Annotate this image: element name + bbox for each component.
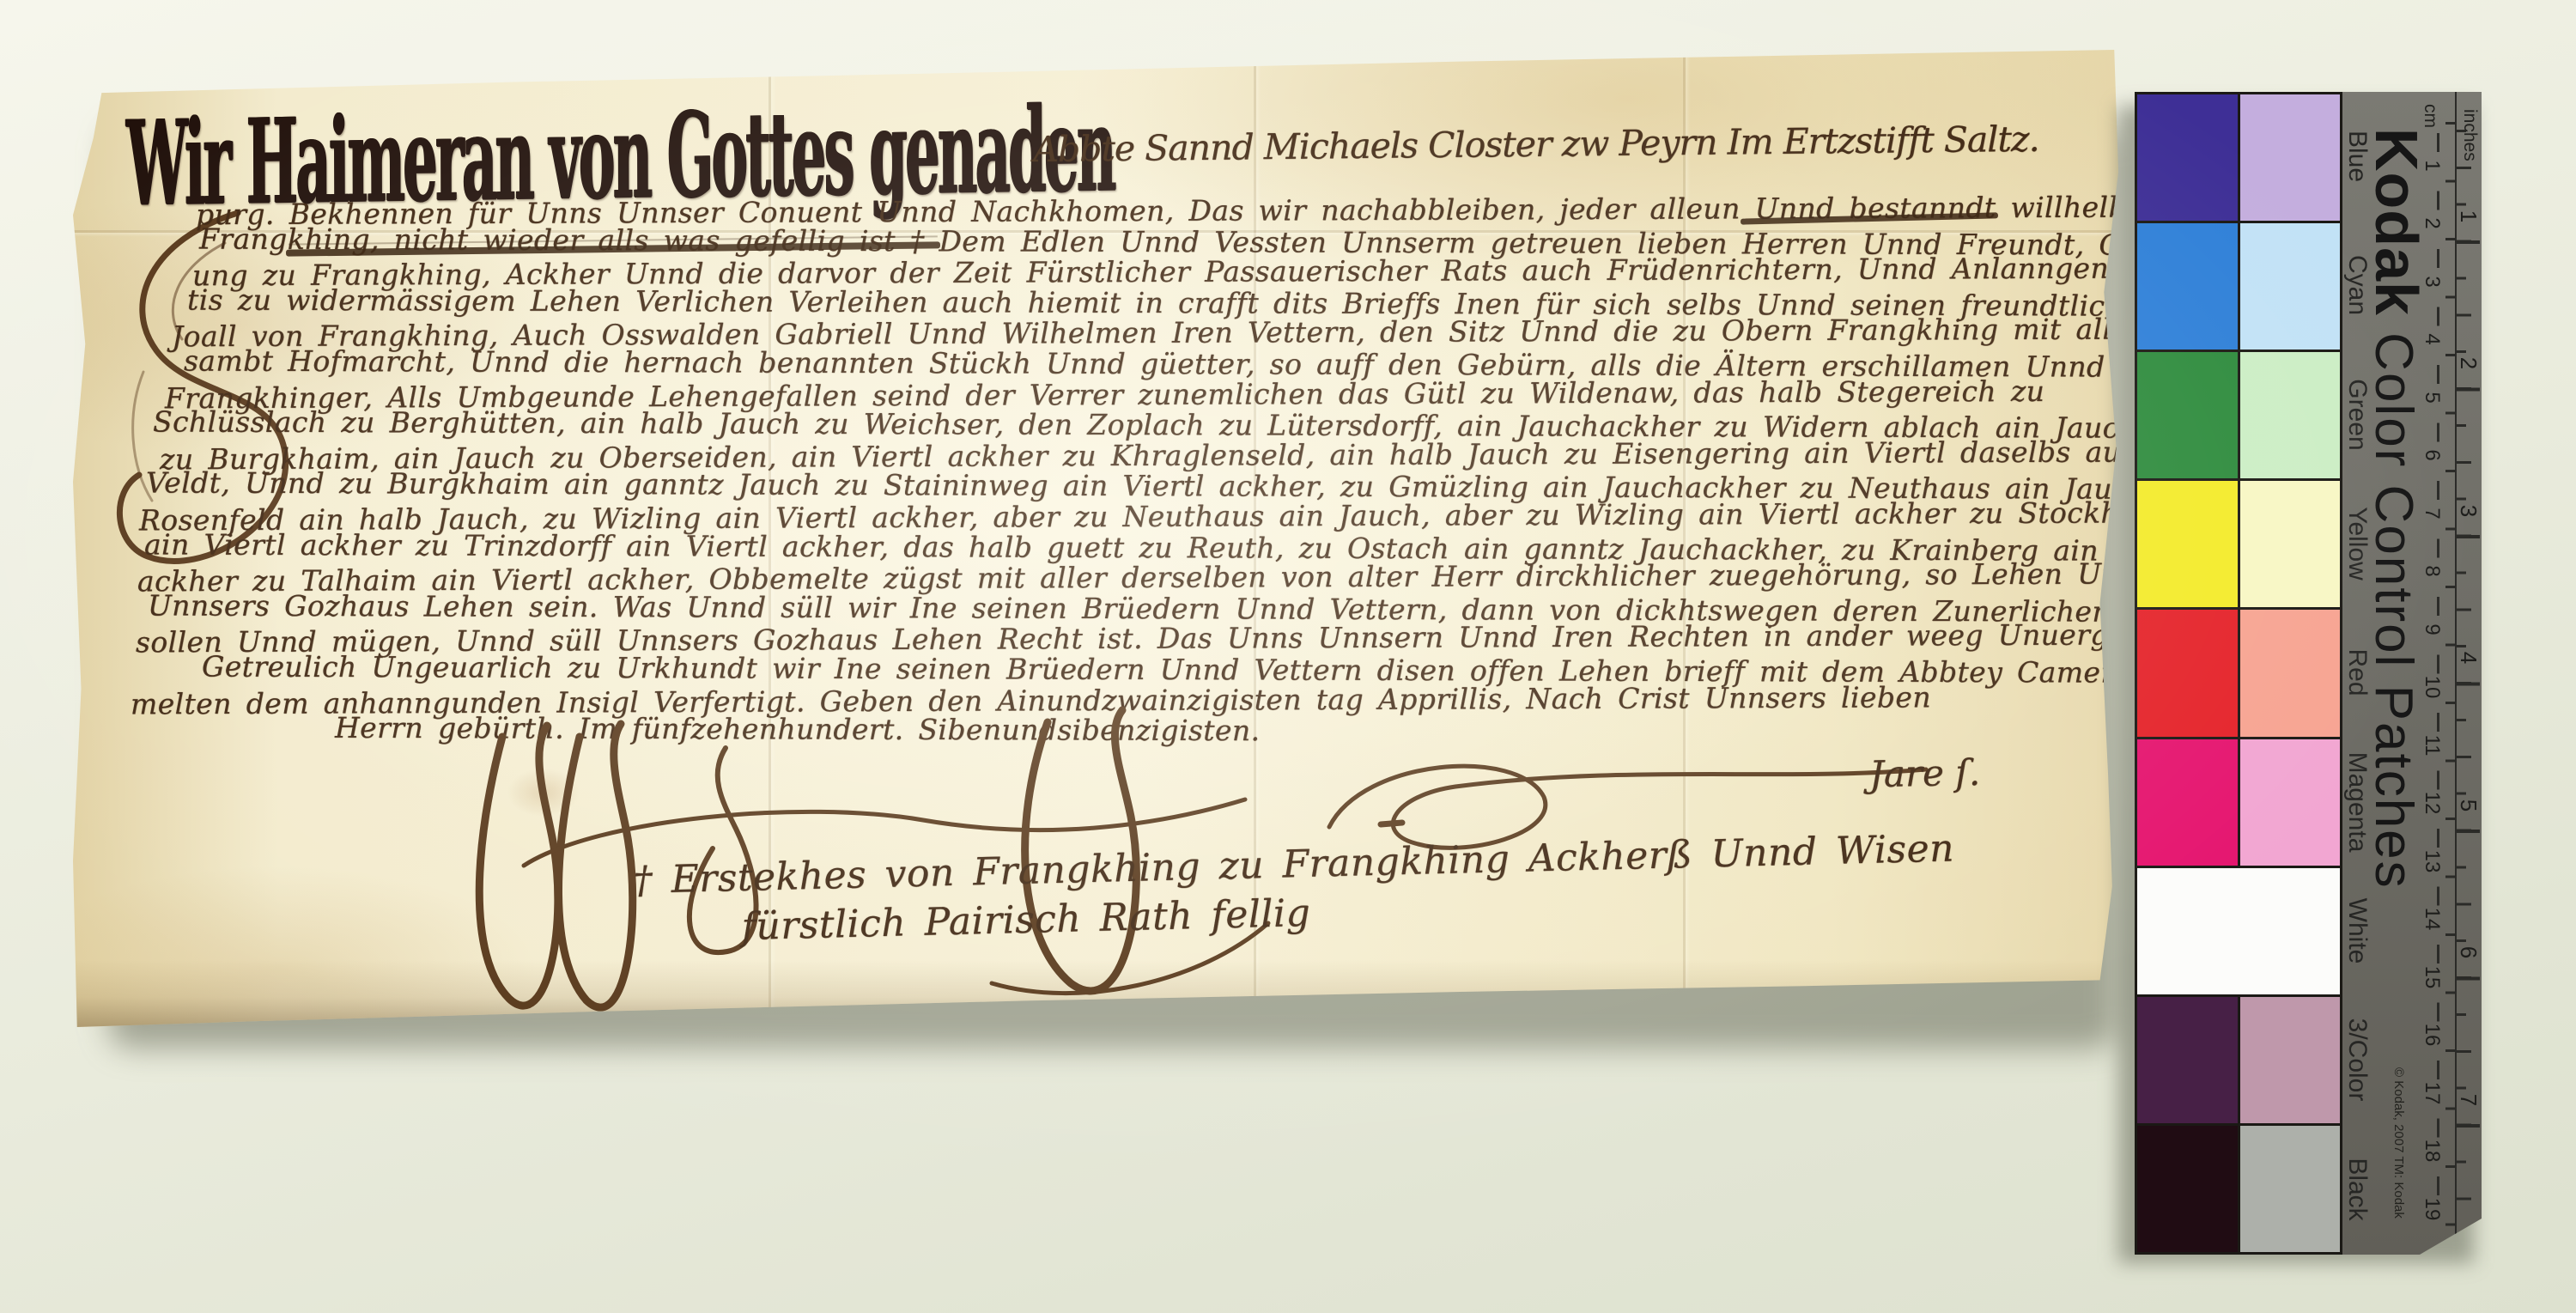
inch-number: 5 <box>2455 799 2482 811</box>
cm-number: 16 <box>2420 1024 2444 1047</box>
color-patch-grid <box>2135 92 2342 1255</box>
inch-number: 4 <box>2455 652 2482 664</box>
patch-cyan-tint <box>2240 223 2341 350</box>
patch-label-3color: 3/Color <box>2342 1018 2372 1102</box>
heading-script-line: Abbte Sannd Michaels Closter zw Peyrn Im… <box>1033 119 2039 170</box>
patch-yellow-tint <box>2240 481 2341 607</box>
cm-number: 10 <box>2420 676 2444 699</box>
ruler-cm-half-ticks <box>2445 122 2455 1231</box>
date-year-word: Jare ſ. <box>1869 751 1981 795</box>
patch-yellow-solid <box>2137 481 2238 607</box>
patch-blue-tint <box>2240 94 2341 221</box>
patch-label-white: White <box>2342 898 2372 964</box>
inch-number: 3 <box>2455 504 2482 516</box>
cm-number: 5 <box>2420 392 2444 403</box>
card-title-rest: Color Control Patches <box>2364 316 2423 890</box>
cm-number: 3 <box>2420 276 2444 287</box>
cm-number: 6 <box>2420 449 2444 460</box>
patch-black-tint <box>2240 1126 2341 1252</box>
scan-stage: Wir Haimeran von Gottes genaden Abbte Sa… <box>0 0 2576 1313</box>
cm-number: 13 <box>2420 849 2444 872</box>
cm-number: 2 <box>2420 217 2444 228</box>
ruler-cm-label: cm <box>2420 104 2440 128</box>
patch-label-black: Black <box>2342 1158 2372 1220</box>
patch-green-tint <box>2240 352 2341 478</box>
cm-number: 17 <box>2420 1081 2444 1104</box>
patch-magenta-tint <box>2240 739 2341 866</box>
kodak-color-card: Blue Cyan Green Yellow Red Magenta White… <box>2135 92 2482 1255</box>
manuscript-body: purg. Bekhennen für Unns Unnser Conuent … <box>120 196 2087 746</box>
ruler-inch-ticks <box>2457 240 2480 1281</box>
cm-number: 9 <box>2420 623 2444 635</box>
cm-number: 8 <box>2420 565 2444 576</box>
patch-red-solid <box>2137 610 2238 736</box>
cm-number: 12 <box>2420 792 2444 815</box>
cm-number: 11 <box>2420 734 2444 756</box>
parchment-document: Wir Haimeran von Gottes genaden Abbte Sa… <box>73 50 2118 1027</box>
patch-red-tint <box>2240 610 2341 736</box>
patch-blue-solid <box>2137 94 2238 221</box>
patch-cyan-solid <box>2137 223 2238 350</box>
patch-green-solid <box>2137 352 2238 478</box>
cm-number: 19 <box>2420 1197 2444 1220</box>
cm-number: 15 <box>2420 965 2444 988</box>
patch-3color-tint <box>2240 997 2341 1123</box>
patch-magenta-solid <box>2137 739 2238 866</box>
inch-number: 2 <box>2455 357 2482 369</box>
inch-number: 7 <box>2455 1093 2482 1105</box>
cm-number: 4 <box>2420 333 2444 344</box>
patch-black-solid <box>2137 1126 2238 1252</box>
inch-number: 1 <box>2455 210 2482 222</box>
cm-number: 7 <box>2420 508 2444 519</box>
patch-3color-solid <box>2137 997 2238 1123</box>
inch-number: 6 <box>2455 946 2482 958</box>
ruler-inches-label: inches <box>2459 109 2480 161</box>
cm-number: 1 <box>2420 160 2444 171</box>
patch-white <box>2137 868 2340 994</box>
card-copyright: © Kodak, 2007 TM: Kodak <box>2391 1067 2406 1219</box>
cm-number: 18 <box>2420 1140 2444 1163</box>
cm-number: 14 <box>2420 908 2444 931</box>
